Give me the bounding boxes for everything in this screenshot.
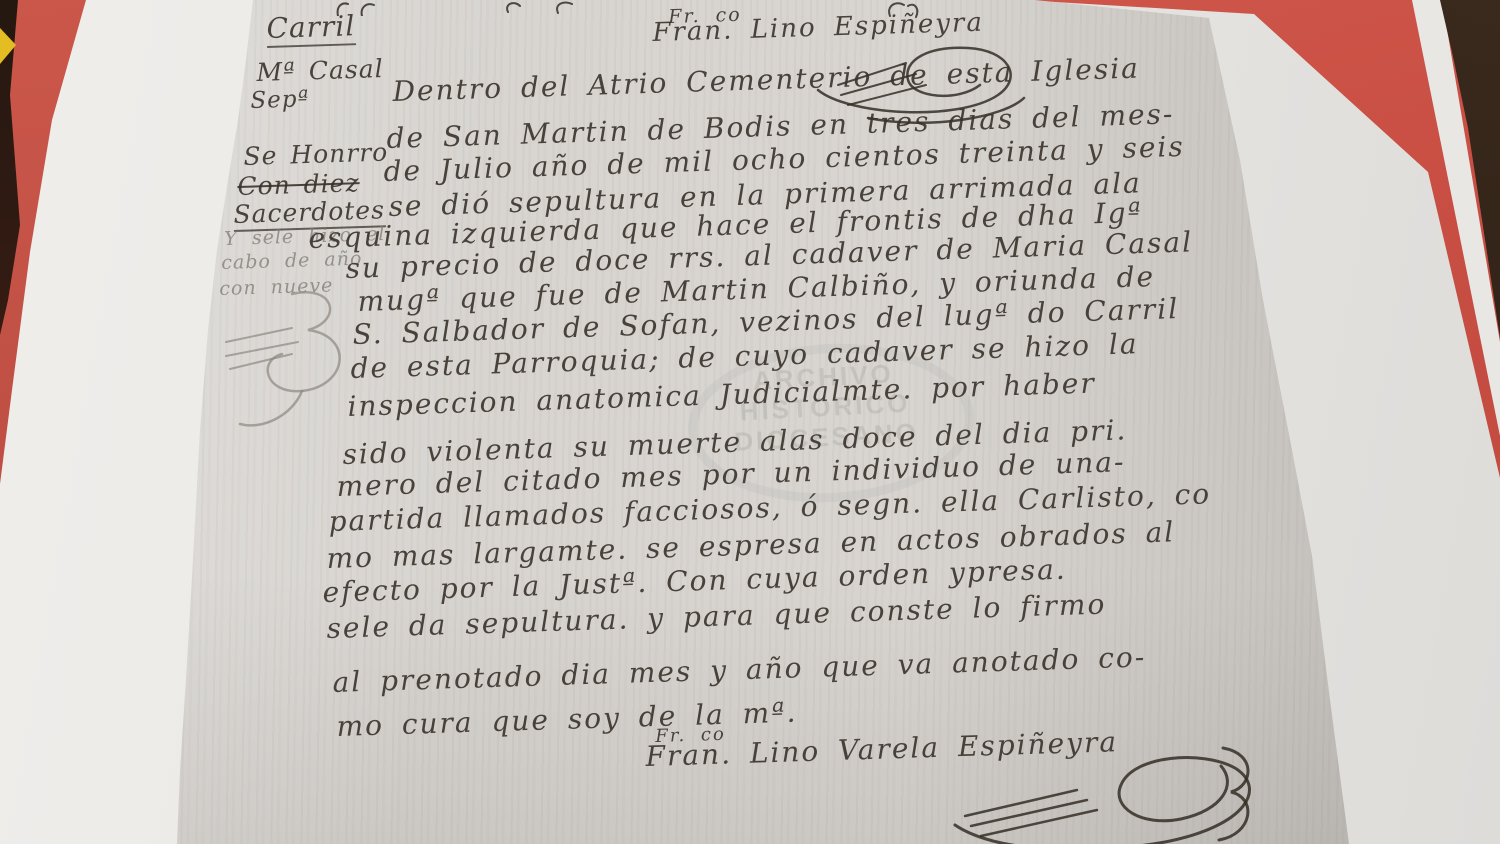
signature-rubric-flourish (935, 730, 1280, 844)
body-line: Dentro del Atrio Cementerio de esta Igle… (392, 52, 1140, 108)
margin-note-sepultura: Sepª (250, 86, 310, 114)
cutoff-stroke-fragment (500, 0, 580, 14)
body-line: al prenotado dia mes y año que va anotad… (332, 640, 1147, 699)
photo-of-burial-record: ARCHIVO HISTORICO DIOCESANO Fr. co Fran.… (0, 0, 1500, 844)
body-line: mo cura que soy de la mª. (336, 696, 798, 743)
margin-note-honors: Se Honrro (243, 137, 389, 171)
margin-note-name: Mª Casal (256, 54, 384, 87)
margin-note-place: Carril (266, 9, 356, 48)
